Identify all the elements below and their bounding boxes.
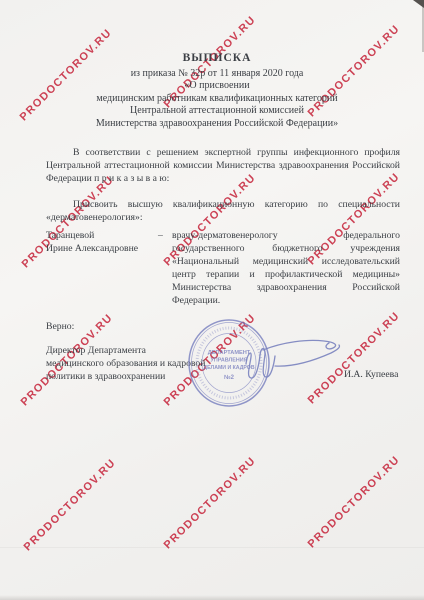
watermark-text: PRODOCTOROV.RU — [306, 454, 403, 551]
order-quote-line-1: «О присвоении — [10, 80, 424, 93]
document-type-heading: ВЫПИСКА — [10, 52, 424, 65]
watermark-text: PRODOCTOROV.RU — [22, 457, 119, 554]
paragraph-intro: В соответствии с решением экспертной гру… — [46, 146, 400, 185]
watermark-text: PRODOCTOROV.RU — [162, 455, 259, 552]
paper-crease — [0, 547, 424, 548]
recipient-entry: Таранцевой Ирине Александровне – врачу-д… — [46, 229, 400, 307]
order-quote-line-4: Министерства здравоохранения Российской … — [10, 118, 424, 131]
recipient-surname: Таранцевой — [46, 229, 158, 242]
scanned-document-page: PRODOCTOROV.RUPRODOCTOROV.RUPRODOCTOROV.… — [0, 0, 424, 600]
order-quote-line-3: Центральной аттестационной комиссией — [10, 105, 424, 118]
scan-bottom-shadow — [0, 595, 424, 600]
order-quote-line-2: медицинским работникам квалификационных … — [10, 93, 424, 106]
recipient-description: врачу-дерматовенерологу федерального гос… — [172, 229, 400, 307]
recipient-firstname-patronymic: Ирине Александровне — [46, 242, 158, 255]
paragraph-order: Присвоить высшую квалификационную катего… — [46, 198, 400, 224]
signature — [233, 333, 348, 385]
verno-label: Верно: — [46, 321, 74, 332]
recipient-dash: – — [158, 229, 172, 307]
scan-corner-notch — [413, 0, 424, 8]
signer-name: И.А. Купеева — [344, 369, 398, 380]
order-number-line: из приказа № 32р от 11 января 2020 года — [10, 68, 424, 81]
title-block: ВЫПИСКА из приказа № 32р от 11 января 20… — [10, 52, 424, 131]
recipient-name: Таранцевой Ирине Александровне — [46, 229, 158, 307]
